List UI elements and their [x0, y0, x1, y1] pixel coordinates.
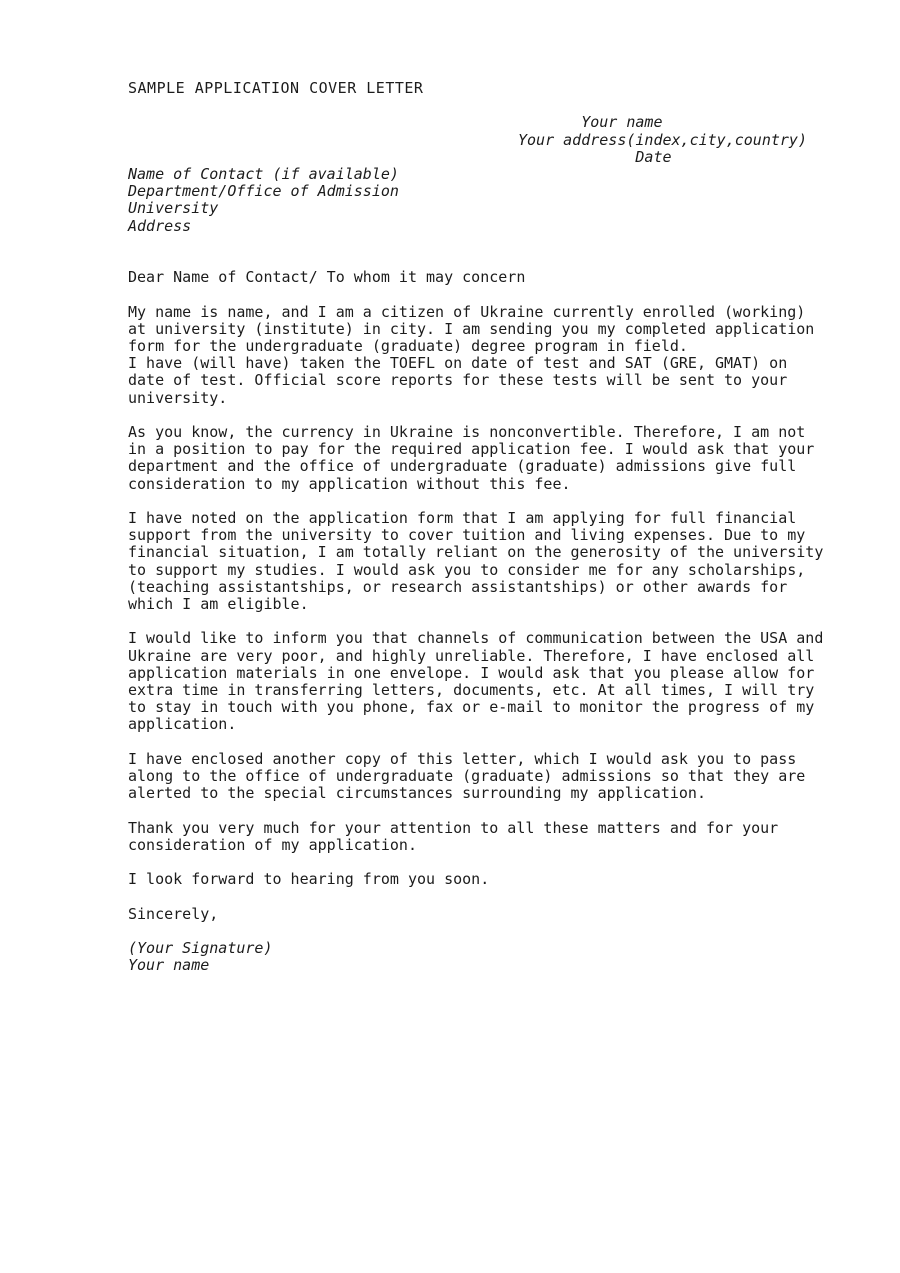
letter-title: SAMPLE APPLICATION COVER LETTER: [128, 80, 840, 97]
recipient-address-block: Name of Contact (if available) Departmen…: [128, 166, 840, 235]
paragraph-look-forward: I look forward to hearing from you soon.: [128, 871, 840, 888]
paragraph-financial-support: I have noted on the application form tha…: [128, 510, 840, 613]
salutation-line: Dear Name of Contact/ To whom it may con…: [128, 269, 840, 286]
paragraph-thank-you: Thank you very much for your attention t…: [128, 820, 840, 854]
paragraph-introduction: My name is name, and I am a citizen of U…: [128, 304, 840, 407]
document-page: SAMPLE APPLICATION COVER LETTER Your nam…: [0, 0, 900, 1273]
closing-line: Sincerely,: [128, 906, 840, 923]
paragraph-application-fee: As you know, the currency in Ukraine is …: [128, 424, 840, 493]
paragraph-communication: I would like to inform you that channels…: [128, 630, 840, 733]
sender-address-block: Your name Your address(index,city,countr…: [518, 114, 840, 166]
signature-block: (Your Signature) Your name: [128, 940, 840, 974]
letter-content: SAMPLE APPLICATION COVER LETTER Your nam…: [0, 0, 900, 974]
paragraph-enclosed-copy: I have enclosed another copy of this let…: [128, 751, 840, 803]
